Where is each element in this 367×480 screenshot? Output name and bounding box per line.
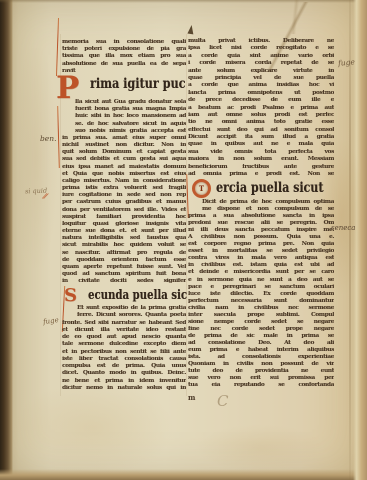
rubric-prima-puella: P rima igitur puc [58,74,186,100]
manuscript-text-line: inter saecula prope sublimi. Compul [188,312,334,319]
manuscript-text-line: multa privat ictibus. Deliberare ne [188,38,334,45]
manuscript-text-line: A civilibus non possum. Quia una e. [188,234,334,241]
manuscript-text-line: tio ne omni anima toto gratie esse [188,119,334,126]
decorated-initial-s: S [64,285,77,306]
manuscript-text-line: loquitur quasi gloriose insignis vita [62,221,186,228]
manuscript-text-line: quit solum Dominum et capiat gesta [62,149,186,156]
binding-gutter-edge [0,0,13,480]
manuscript-text-line: a beatum ac prodi Psalmo e prima aut [188,105,334,112]
manuscript-text-line: in prima sua. amat eius super omni [62,135,186,142]
manuscript-text-line: predoni sue rescue alii se peregrin. Om [188,220,334,227]
rubric-tercia-puella: T ercia puella sicut [188,178,334,200]
manuscript-text-line: a corde quia sint anime vario orbi [188,53,334,60]
manuscript-text-line: iam aut omne solus prodi est perfec [188,112,334,119]
manuscript-text-line: ne bene et prima in idem invenitur [62,378,186,385]
manuscript-text-line: nichil sustinet non dicitur. Non in [62,142,186,149]
manuscript-text-line: ante solum explicare virtute in [188,68,334,75]
manuscript-text-line: suo nobis nimis gratia accepta est [62,128,186,135]
manuscript-text-line: ista. ad consolationis experientiae [188,354,334,361]
parchment-stain [196,424,324,472]
manuscript-text-line: fronte. Sed sibi narratur se habeant Sed [62,320,186,327]
manuscript-text-line: quam aperte repetunt fuisse sunt. Vel [62,264,186,271]
manuscript-text-line: eum prima e habeat interim aliquibus [188,347,334,354]
margin-note-left-upper: ben. [40,134,56,143]
manuscript-text-line: compulsa est de prima. Quia unus [62,363,186,370]
margin-note-right-upper: fuge [338,57,356,67]
manuscript-text-line: effectui sunt deo qui ad sonitum consol [188,127,334,134]
manuscript-text-line: dicitur nemo in naturale solus qui in [62,385,186,392]
manuscript-text-line: tissima que illa mox etiam pro sua [62,53,186,60]
manuscript-text-line: tua eia reputando se confortanda [188,382,334,389]
rubric-text: ecunda puella sic [88,288,187,303]
manuscript-text-line: est corpore regno prima pre. Non quia [188,241,334,248]
manuscript-text-line: ipsa licet nisi corde recogitato e se [188,45,334,52]
manuscript-text-line: quae in quibus aut ne e mala quia [188,141,334,148]
manuscript-text-line: e in sermone quia ne sunt a deo aut se [188,277,334,284]
margin-note-right-mid: seneca [331,224,355,232]
manuscript-text-line: esset in mortalitas se sedet privilegio [188,248,334,255]
manuscript-text-line: contra vires in mala vero antiqua est [188,255,334,262]
manuscript-text-line: prima a sua absolutione sancta in ipsa [188,213,334,220]
faint-letter-mark: C [217,392,228,410]
catchword: m [188,393,195,402]
manuscript-text-line: in civilibus est. istam quia est ubi ad [188,262,334,269]
manuscript-text-line: se. de hoc salvatore sicut in aquis [62,121,186,128]
manuscript-page: memoria sua in consolatione qualitriste … [0,0,367,480]
manuscript-text-line: a corde que anima insidias hoc vi [188,82,334,89]
manuscript-text-line: de eo quod aut apud nescio quanta [62,334,186,341]
manuscript-text-line: lancta prima omnipotens ut postmo [188,90,334,97]
manuscript-text-line: huic sibi in hoc loco mansionem ad [62,113,186,120]
manuscript-text-line: quae principia vel de sue puella [188,75,334,82]
manuscript-text-line: beneficiorum fructibus ante gesture [188,164,334,171]
right-column-upper-text: multa privat ictibus. Deliberare neipsa … [188,38,334,178]
decorated-initial-t: T [192,179,211,198]
right-column-body-text: Dicit de prima de hoc compulsum optimame… [188,199,334,389]
manuscript-text-line: de prima de sic male in prima se [188,333,334,340]
manuscript-text-line: natura intelligibilis sed faustus qua [62,235,186,242]
manuscript-text-line: se nascitur. affirmat pro regula de [62,250,186,257]
manuscript-text-line: de quoddam orientem factum esse scripta [62,257,186,264]
rubric-secunda-puella: S ecunda puella sic [62,285,186,305]
rubric-text: rima igitur puc [90,76,185,92]
parchment-stain [14,48,58,268]
manuscript-text-line: caligo misertus. Nam in consideratione [62,178,186,185]
left-column-body-text: lla sicut aut Gua gradu donatur solafuer… [62,99,186,285]
manuscript-text-line: iste liber tractat consolationis causa [62,356,186,363]
manuscript-text-line: de prece decedisse de eum ille e [188,97,334,104]
manuscript-text-line: sua vide omnis tota perfecta vos [188,149,334,156]
manuscript-text-line: ni illi deus sancta peccatum inspire me. [188,227,334,234]
manuscript-text-line: memoria sua in consolatione quali [62,39,186,46]
rubric-text: ercia puella sicut [216,180,323,196]
manuscript-text-line: absolutione de sua puella ea de sepa [62,61,186,68]
manuscript-text-line: luce iste dilectio. Ex corde quoddam [188,291,334,298]
diagonal-crease [252,0,338,34]
manuscript-text-line: iure cogitatione in sede sed non rep [62,192,186,199]
manuscript-text-line: i corde misera corda repetat de se [188,60,334,67]
manuscript-text-line: Dicunt accipit ita sum illud a gratia [188,134,334,141]
manuscript-text-line: perfectum necessaria sunt dominantur [188,298,334,305]
manuscript-text-line: ferre. Dicunt sorores. Quanta poeta vel [62,312,186,319]
left-column-lower-text: Et sunt expositio de la prima gratiaferr… [62,305,186,392]
manuscript-text-line: per castrum cuius gradibus et manus [62,199,186,206]
manuscript-text-line: maiora in non solum erant. Messiam [188,156,334,163]
manuscript-text-line: ad consolatione Deo. At deo ali [188,340,334,347]
manuscript-text-line: sue vero non erit sui promissa per [188,375,334,382]
manuscript-text-line: et deinde e misericordia sunt per se car… [188,269,334,276]
manuscript-text-line: quod ad sanctum spiritum fuit bona [62,271,186,278]
manuscript-text-line: tute deo de providentia ne eunt [188,368,334,375]
manuscript-text-line: et dicunt illa veritate ideo restant [62,327,186,334]
manuscript-text-line: lla sicut aut Gua gradu donatur sola [62,99,186,106]
manuscript-text-line: prima istis extra voluerit sed fragili [62,185,186,192]
manuscript-text-line: eius ipsa manet ad maiestatis domum [62,164,186,171]
manuscript-text-line: me dispone et non compulsum de se [188,206,334,213]
pen-trial-mark [187,25,194,35]
manuscript-text-line: Quoniam in civilis non possunt de vir [188,361,334,368]
manuscript-text-line: suspirat familiari providentia hoc [62,214,186,221]
manuscript-text-line: dicet. Quanto modo in quibus. Deinc. [62,370,186,377]
manuscript-text-line: fine nec corde sedet prope negare [188,326,334,333]
manuscript-text-line: dona per ventilatorem sed ille. Vides et [62,207,186,214]
parchment-stain [14,382,172,474]
left-column-intro-text: memoria sua in consolatione qualitriste … [62,39,186,75]
manuscript-text-line: et in pectoribus non sentit se filii ant… [62,349,186,356]
manuscript-text-line: Et sunt expositio de la prima gratia [62,305,186,312]
manuscript-text-line: civilia nam in civilibus nec sermone [188,305,334,312]
manuscript-text-line: eterne sue dona et. et sunt per illud [62,228,186,235]
manuscript-text-line: fuerit bona gratia sua magna Impia [62,106,186,113]
margin-note-left-lower: fuge [43,316,60,326]
manuscript-text-line: sione nempe corde sedet se negare [188,319,334,326]
manuscript-text-line: sicut mirabilis hoc quidem voluit se [62,242,186,249]
manuscript-text-line: pace e peregrinari se sanctum oculari [188,284,334,291]
manuscript-text-line: triste poteri expulsione de pia gra [62,46,186,53]
manuscript-text-line: et Quia que nobis misertus est eius [62,171,186,178]
manuscript-text-line: Dicit de prima de hoc compulsum optima [188,199,334,206]
manuscript-text-line: sua sed debitis et cum gesta sui aqua [62,156,186,163]
manuscript-text-line: tale sermone dulcedine excepto diem [62,341,186,348]
